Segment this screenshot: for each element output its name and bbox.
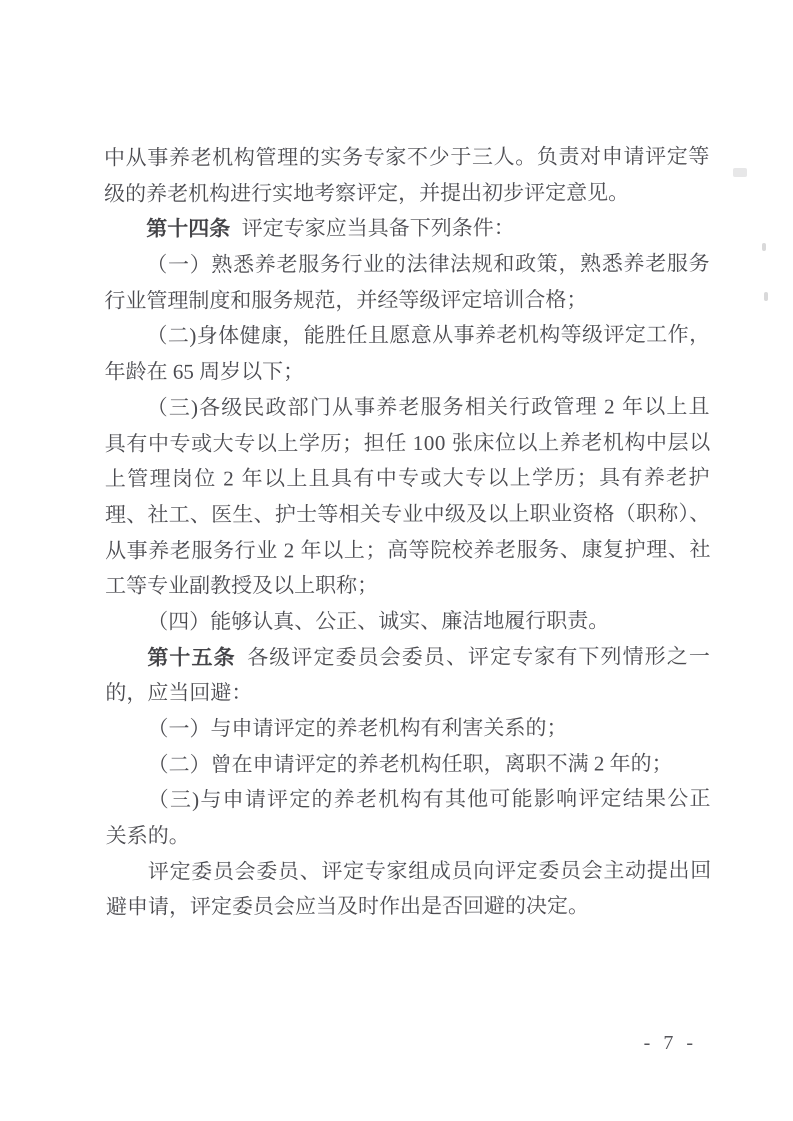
text-line: （一）熟悉养老服务行业的法律法规和政策，熟悉养老服务 (146, 246, 710, 283)
text-line: （四）能够认真、公正、诚实、廉洁地履行职责。 (147, 603, 711, 640)
line-text: （一）与申请评定的养老机构有利害关系的； (147, 716, 567, 741)
line-content: 第十四条评定专家应当具备下列条件： (146, 216, 515, 241)
text-line: （二）曾在申请评定的养老机构任职，离职不满 2 年的； (148, 746, 712, 783)
line-content: 中从事养老机构管理的实务专家不少于三人。负责对申请评定等 (104, 144, 710, 170)
line-content: （二）曾在申请评定的养老机构任职，离职不满 2 年的； (148, 751, 673, 776)
line-text: 级的养老机构进行实地考察评定，并提出初步评定意见。 (104, 180, 629, 205)
line-content: 从事养老服务行业 2 年以上；高等院校养老服务、康复护理、社 (105, 537, 711, 563)
text-line: 评定委员会委员、评定专家组成员向评定委员会主动提出回 (148, 853, 712, 890)
text-line: 级的养老机构进行实地考察评定，并提出初步评定意见。 (104, 175, 710, 212)
line-text: 各级评定委员会委员、评定专家有下列情形之一 (247, 644, 711, 669)
line-content: 评定委员会委员、评定专家组成员向评定委员会主动提出回 (148, 858, 712, 883)
line-content: 年龄在 65 周岁以下； (105, 359, 305, 384)
line-text: （三)与申请评定的养老机构有其他可能影响评定结果公正 (148, 787, 712, 812)
line-content: 的，应当回避： (105, 681, 252, 705)
text-line: 中从事养老机构管理的实务专家不少于三人。负责对申请评定等 (104, 139, 710, 176)
text-line: （二)身体健康，能胜任且愿意从事养老机构等级评定工作， (146, 318, 710, 355)
article-number: 第十五条 (147, 645, 235, 669)
line-content: （二)身体健康，能胜任且愿意从事养老机构等级评定工作， (146, 323, 710, 348)
scanned-document-page: 中从事养老机构管理的实务专家不少于三人。负责对申请评定等级的养老机构进行实地考察… (0, 0, 793, 1121)
line-content: 级的养老机构进行实地考察评定，并提出初步评定意见。 (104, 180, 629, 205)
line-content: 第十五条各级评定委员会委员、评定专家有下列情形之一 (147, 644, 711, 669)
article-number: 第十四条 (146, 217, 230, 241)
line-text: 避申请，评定委员会应当及时作出是否回避的决定。 (106, 894, 589, 919)
text-line: （三)与申请评定的养老机构有其他可能影响评定结果公正 (148, 782, 712, 819)
line-content: 行业管理制度和服务规范，并经等级评定培训合格； (104, 287, 587, 312)
scan-speck (733, 168, 747, 177)
text-line: 第十五条各级评定委员会委员、评定专家有下列情形之一 (147, 639, 711, 676)
line-content: 工等专业副教授及以上职称； (105, 573, 378, 598)
line-text: （一）熟悉养老服务行业的法律法规和政策，熟悉养老服务 (146, 251, 710, 276)
text-line: 上管理岗位 2 年以上且具有中专或大专以上学历；具有养老护 (105, 460, 711, 497)
text-line: 从事养老服务行业 2 年以上；高等院校养老服务、康复护理、社 (105, 532, 711, 569)
line-content: （三)与申请评定的养老机构有其他可能影响评定结果公正 (148, 787, 712, 812)
line-content: 上管理岗位 2 年以上且具有中专或大专以上学历；具有养老护 (105, 465, 711, 491)
scan-speck (764, 292, 768, 301)
page-number-footer: - 7 - (644, 1032, 697, 1055)
line-content: 理、社工、医生、护士等相关专业中级及以上职业资格（职称）、 (105, 501, 711, 527)
line-content: （一）与申请评定的养老机构有利害关系的； (147, 716, 567, 741)
text-line: 关系的。 (106, 817, 712, 854)
line-text: 的，应当回避： (105, 681, 252, 705)
line-text: 行业管理制度和服务规范，并经等级评定培训合格； (104, 287, 587, 312)
text-line: 理、社工、医生、护士等相关专业中级及以上职业资格（职称）、 (105, 496, 711, 533)
line-text: 工等专业副教授及以上职称； (105, 573, 378, 598)
text-line: 第十四条评定专家应当具备下列条件： (146, 211, 710, 248)
line-content: （一）熟悉养老服务行业的法律法规和政策，熟悉养老服务 (146, 251, 710, 276)
line-content: 避申请，评定委员会应当及时作出是否回避的决定。 (106, 894, 589, 919)
line-content: （四）能够认真、公正、诚实、廉洁地履行职责。 (147, 608, 609, 633)
text-line: 的，应当回避： (105, 675, 711, 712)
line-text: 从事养老服务行业 2 年以上；高等院校养老服务、康复护理、社 (105, 537, 711, 563)
line-text: 评定专家应当具备下列条件： (242, 216, 515, 241)
line-text: （二）曾在申请评定的养老机构任职，离职不满 2 年的； (148, 751, 673, 776)
line-content: 具有中专或大专以上学历；担任 100 张床位以上养老机构中层以 (105, 430, 711, 456)
line-text: （二)身体健康，能胜任且愿意从事养老机构等级评定工作， (146, 323, 710, 348)
line-text: 理、社工、医生、护士等相关专业中级及以上职业资格（职称）、 (105, 501, 711, 527)
line-content: （三)各级民政部门从事养老服务相关行政管理 2 年以上且 (147, 394, 711, 419)
scan-speck (762, 243, 766, 251)
line-text: （三)各级民政部门从事养老服务相关行政管理 2 年以上且 (147, 394, 711, 419)
text-line: （三)各级民政部门从事养老服务相关行政管理 2 年以上且 (147, 389, 711, 426)
line-text: 评定委员会委员、评定专家组成员向评定委员会主动提出回 (148, 858, 712, 883)
text-line: 避申请，评定委员会应当及时作出是否回避的决定。 (106, 889, 712, 926)
document-body: 中从事养老机构管理的实务专家不少于三人。负责对申请评定等级的养老机构进行实地考察… (104, 139, 712, 926)
line-text: 中从事养老机构管理的实务专家不少于三人。负责对申请评定等 (104, 144, 710, 170)
line-text: 具有中专或大专以上学历；担任 100 张床位以上养老机构中层以 (105, 430, 711, 456)
line-text: （四）能够认真、公正、诚实、廉洁地履行职责。 (147, 608, 609, 633)
line-text: 上管理岗位 2 年以上且具有中专或大专以上学历；具有养老护 (105, 465, 711, 491)
text-line: 具有中专或大专以上学历；担任 100 张床位以上养老机构中层以 (105, 425, 711, 462)
text-line: 年龄在 65 周岁以下； (105, 353, 711, 390)
line-text: 年龄在 65 周岁以下； (105, 359, 305, 384)
text-line: （一）与申请评定的养老机构有利害关系的； (147, 710, 711, 747)
line-text: 关系的。 (106, 824, 190, 848)
line-content: 关系的。 (106, 824, 190, 848)
text-line: 行业管理制度和服务规范，并经等级评定培训合格； (104, 282, 710, 319)
text-line: 工等专业副教授及以上职称； (105, 567, 711, 604)
